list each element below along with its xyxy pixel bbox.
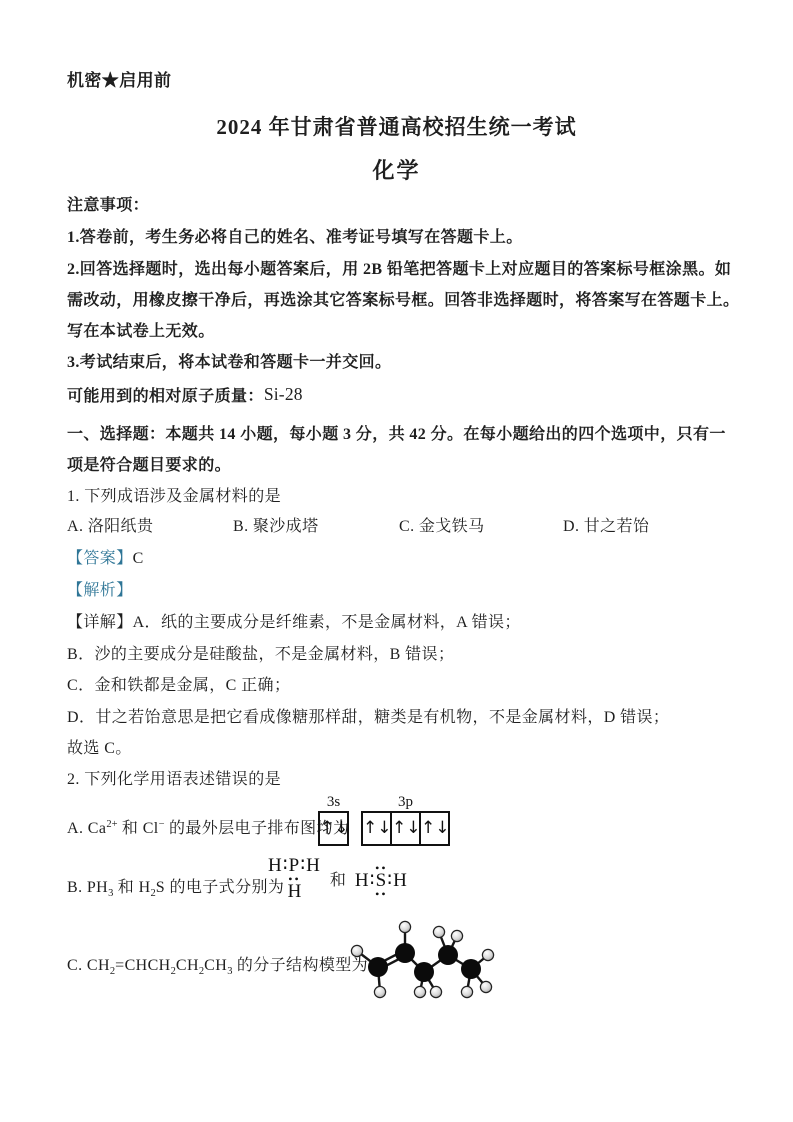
- hydrogen-atom: [451, 930, 462, 941]
- carbon-atom: [438, 945, 458, 965]
- q2-b-part2: 和 H: [113, 879, 150, 896]
- hydrogen-atom: [430, 986, 441, 997]
- q1-option-b: B. 聚沙成塔: [233, 513, 318, 536]
- carbon-atom: [461, 959, 481, 979]
- orbital-3p-group: 3p ↑↓↑↓↑↓: [361, 794, 450, 846]
- answer-tag: 【答案】: [67, 550, 133, 567]
- orbital-box-3p-2: ↑↓: [390, 811, 421, 846]
- carbon-atom: [414, 962, 434, 982]
- orbital-3s-label: 3s: [318, 794, 349, 811]
- conjunction-label: 和: [330, 867, 346, 890]
- analysis-tag: 【解析】: [67, 577, 133, 600]
- hydrogen-atom: [461, 986, 472, 997]
- notice-heading: 注意事项：: [67, 192, 149, 215]
- orbital-diagram: 3s ↑↓ 3p ↑↓↑↓↑↓: [318, 794, 450, 846]
- orbital-box-3p-3: ↑↓: [419, 811, 450, 846]
- molecule-model-svg: [346, 916, 518, 1014]
- notice-item-1: 1.答卷前，考生务必将自己的姓名、准考证号填写在答题卡上。: [67, 224, 523, 247]
- lewis-h2s: •• H∶S∶H ••: [355, 864, 408, 898]
- orbital-box-3p-1: ↑↓: [361, 811, 392, 846]
- q2-c-part3: CH: [176, 957, 199, 974]
- hydrogen-atom: [482, 949, 493, 960]
- q2-a-part1: A. Ca: [67, 820, 106, 837]
- q1-option-c: C. 金戈铁马: [399, 513, 484, 536]
- q1-detail-d: D．甘之若饴意思是把它看成像糖那样甜，糖类是有机物，不是金属材料，D 错误；: [67, 704, 669, 727]
- lewis-ph3: H∶P∶H •• H: [268, 857, 321, 900]
- q1-detail-b: B．沙的主要成分是硅酸盐，不是金属材料，B 错误；: [67, 641, 454, 664]
- atomic-masses-line: 可能用到的相对原子质量：Si-28: [67, 383, 303, 406]
- q2-b-part1: B. PH: [67, 879, 108, 896]
- q2-option-c-text: C. CH2=CHCH2CH2CH3 的分子结构模型为: [67, 952, 368, 977]
- lewis-structures: H∶P∶H •• H 和 •• H∶S∶H ••: [268, 851, 408, 905]
- hydrogen-atom: [433, 926, 444, 937]
- hydrogen-atom: [351, 945, 362, 956]
- q2-stem: 2. 下列化学用语表述错误的是: [67, 766, 281, 789]
- section-heading-line-1: 一、选择题：本题共 14 小题，每小题 3 分，共 42 分。在每小题给出的四个…: [67, 421, 726, 444]
- q1-option-a: A. 洛阳纸贵: [67, 513, 153, 536]
- q2-a-sup-charge: 2+: [106, 819, 117, 830]
- lewis-ph3-bottom-h: H: [288, 883, 302, 900]
- hydrogen-atom: [399, 921, 410, 932]
- q2-option-a-text: A. Ca2+ 和 Cl− 的最外层电子排布图均为: [67, 815, 349, 838]
- q2-a-part2: 和 Cl: [118, 820, 159, 837]
- orbital-box-3s: ↑↓: [318, 811, 349, 846]
- q2-c-part1: C. CH: [67, 957, 110, 974]
- paper-subject: 化学: [0, 154, 793, 185]
- notice-item-2-line-2: 需改动，用橡皮擦干净后，再选涂其它答案标号框。回答非选择题时，将答案写在答题卡上…: [67, 287, 739, 310]
- lewis-h2s-bottom-dots: ••: [375, 890, 387, 898]
- q2-b-part3: S 的电子式分别为: [156, 879, 285, 896]
- exam-paper-page: 机密★启用前 2024 年甘肃省普通高校招生统一考试 化学 注意事项： 1.答卷…: [0, 0, 793, 1122]
- orbital-3p-label: 3p: [361, 794, 450, 811]
- q2-c-part2: =CHCH: [115, 957, 170, 974]
- paper-title: 2024 年甘肃省普通高校招生统一考试: [0, 111, 793, 141]
- classification-label: 机密★启用前: [67, 66, 171, 91]
- q1-detail-c: C．金和铁都是金属，C 正确；: [67, 672, 290, 695]
- carbon-atom: [395, 943, 415, 963]
- atomic-masses-value: Si-28: [264, 384, 303, 404]
- q2-c-part4: CH: [204, 957, 227, 974]
- hydrogen-atom: [414, 986, 425, 997]
- section-heading-line-2: 项是符合题目要求的。: [67, 452, 231, 475]
- hydrogen-atom: [374, 986, 385, 997]
- carbon-atom: [368, 957, 388, 977]
- q1-conclusion: 故选 C。: [67, 735, 132, 758]
- notice-item-2-line-1: 2.回答选择题时，选出每小题答案后，用 2B 铅笔把答题卡上对应题目的答案标号框…: [67, 256, 731, 279]
- q1-option-d: D. 甘之若饴: [563, 513, 649, 536]
- notice-item-2-line-3: 写在本试卷上无效。: [67, 318, 215, 341]
- q2-option-b-text: B. PH3 和 H2S 的电子式分别为: [67, 874, 284, 899]
- notice-item-3: 3.考试结束后，将本试卷和答题卡一并交回。: [67, 349, 391, 372]
- orbital-3s-group: 3s ↑↓: [318, 794, 349, 846]
- atomic-masses-label: 可能用到的相对原子质量：: [67, 388, 264, 405]
- q1-answer-value: C: [133, 550, 144, 567]
- q1-answer-line: 【答案】C: [67, 545, 144, 568]
- q1-stem: 1. 下列成语涉及金属材料的是: [67, 483, 281, 506]
- q1-detail-a: 【详解】A．纸的主要成分是纤维素，不是金属材料，A 错误；: [67, 609, 521, 632]
- hydrogen-atom: [480, 981, 491, 992]
